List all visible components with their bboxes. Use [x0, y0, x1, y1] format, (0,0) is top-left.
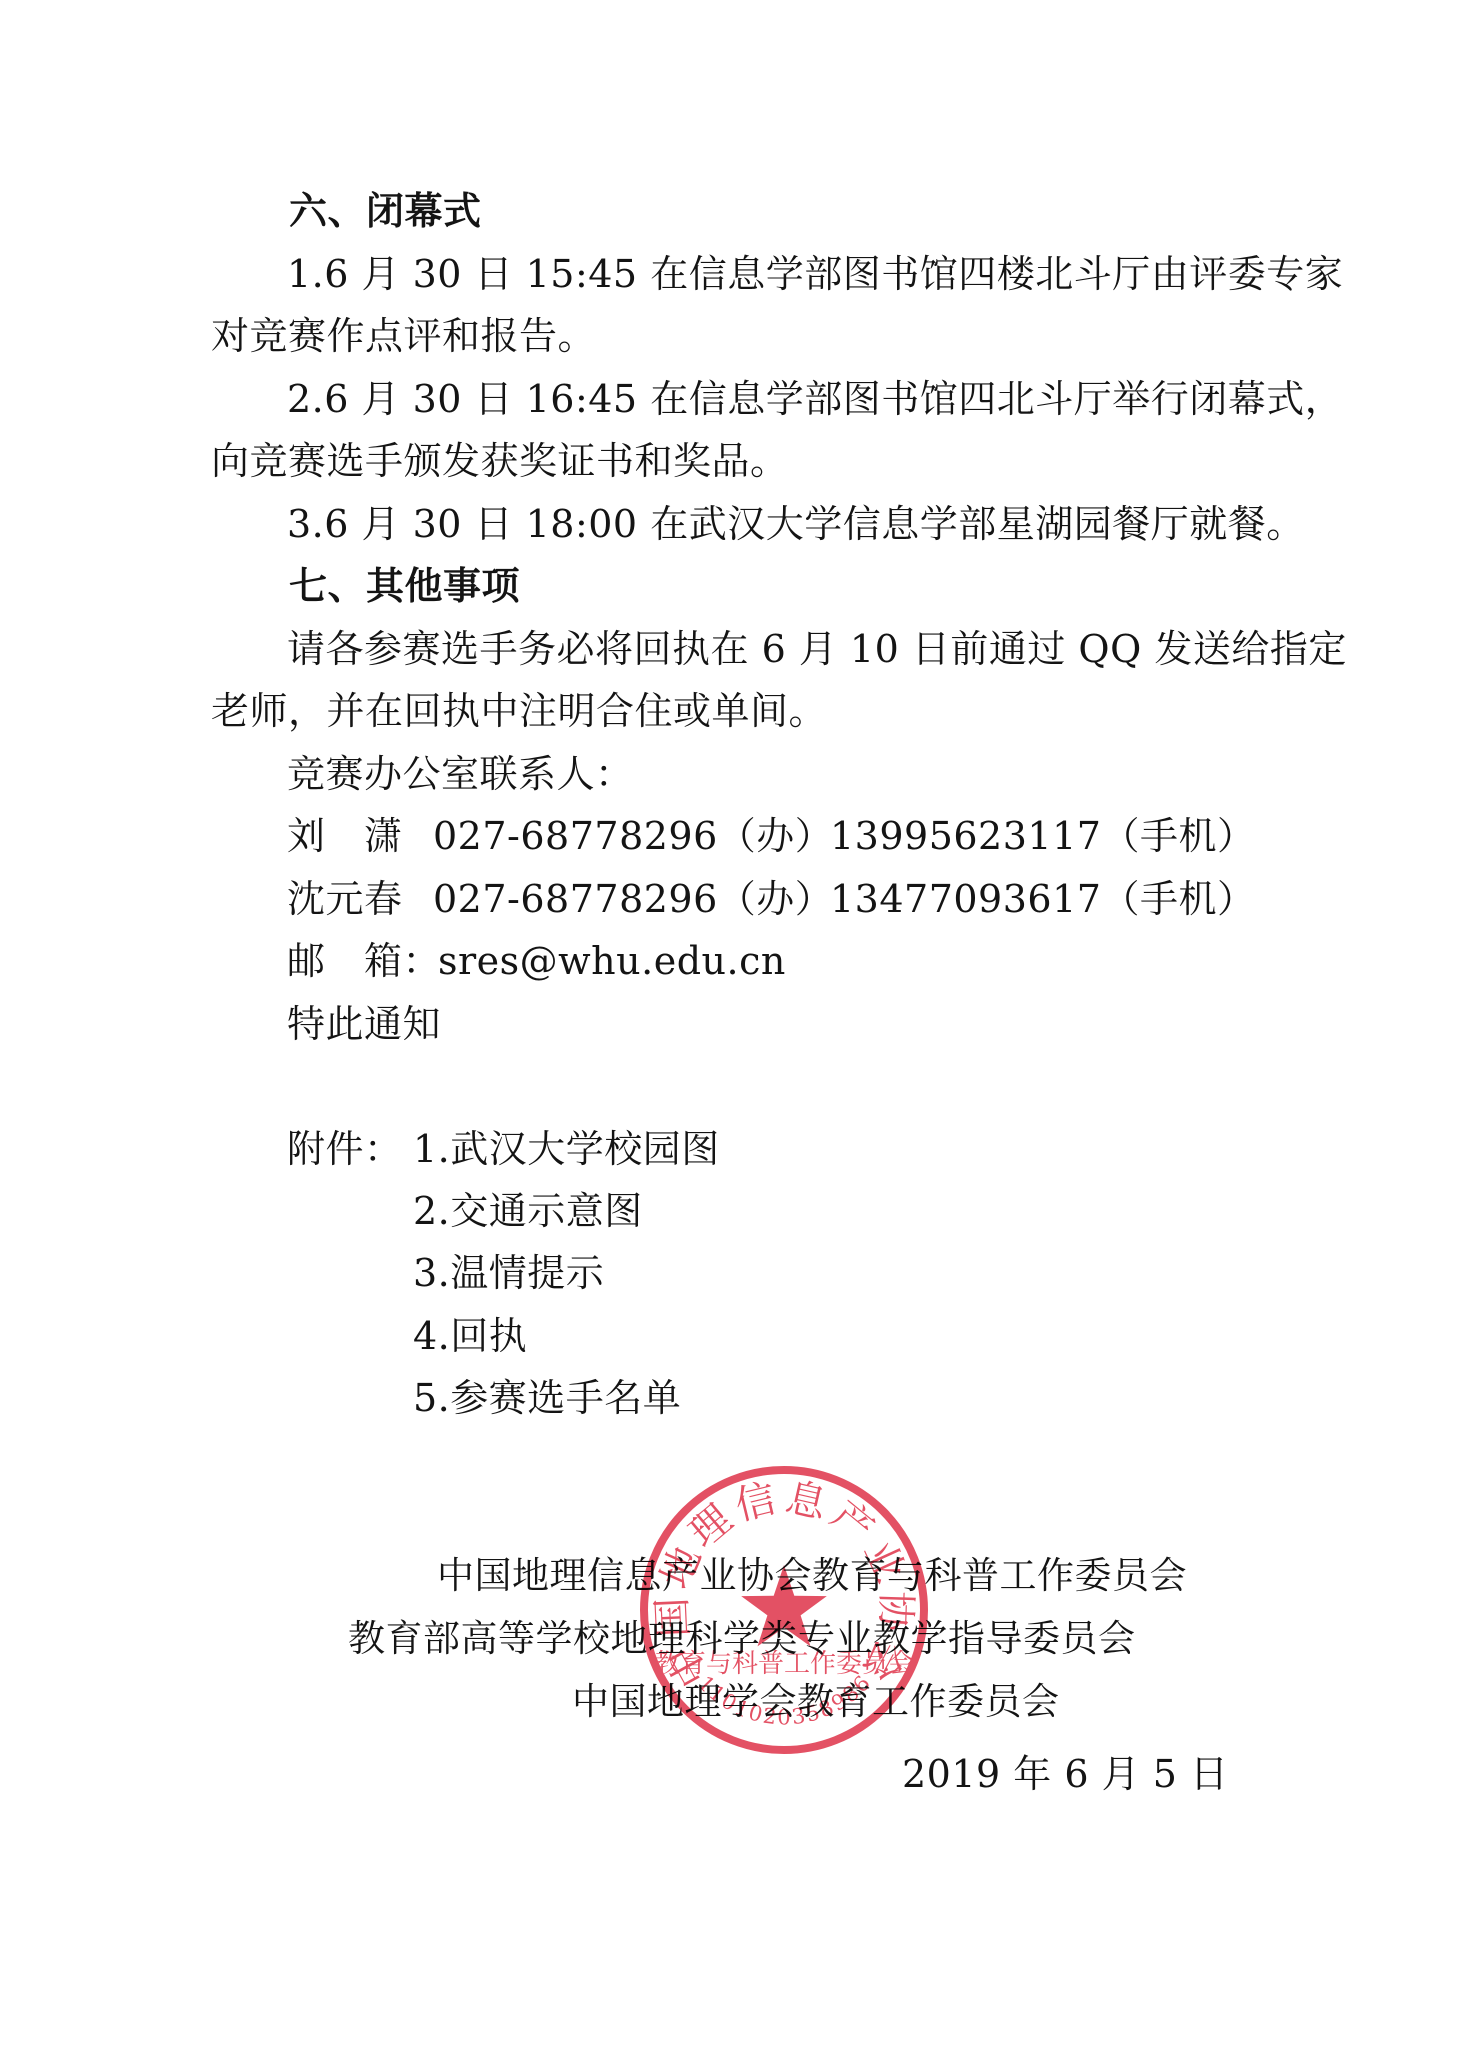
- section-seven-heading: 七、其他事项: [289, 564, 520, 608]
- email-value: sres@whu.edu.cn: [438, 939, 786, 983]
- official-seal-stamp: 中国地理信息产业协会 教育与科普工作委员会 1101020358986: [624, 1450, 944, 1770]
- contact-mobile-phone: 13995623117（手机）: [830, 814, 1255, 858]
- section-six-item3-line1: 3.6 月 30 日 18:00 在武汉大学信息学部星湖园餐厅就餐。: [287, 502, 1305, 546]
- attachment-item: 3.温情提示: [413, 1251, 604, 1295]
- seal-star-icon: [741, 1565, 827, 1646]
- section-six-item2-line2: 向竞赛选手颁发获奖证书和奖品。: [211, 439, 789, 483]
- attachment-item: 5.参赛选手名单: [413, 1376, 681, 1420]
- email-label: 邮 箱：: [287, 939, 441, 983]
- attachment-item: 1.武汉大学校园图: [413, 1127, 720, 1171]
- section-six-item1-line1: 1.6 月 30 日 15:45 在信息学部图书馆四楼北斗厅由评委专家: [287, 252, 1343, 296]
- signature-date: 2019 年 6 月 5 日: [902, 1752, 1228, 1796]
- section-six-item1-line2: 对竞赛作点评和报告。: [211, 314, 596, 358]
- attachments-label: 附件：: [287, 1127, 403, 1171]
- contact-label: 竞赛办公室联系人：: [287, 752, 634, 796]
- section-six-item2-line1: 2.6 月 30 日 16:45 在信息学部图书馆四北斗厅举行闭幕式，: [287, 377, 1343, 421]
- closing-note: 特此通知: [287, 1002, 441, 1046]
- contact-mobile-phone: 13477093617（手机）: [830, 877, 1255, 921]
- contact-office-phone: 027-68778296（办）: [433, 814, 833, 858]
- notice-line2: 老师，并在回执中注明合住或单间。: [211, 689, 827, 733]
- contact-name: 刘 潇: [287, 814, 403, 858]
- contact-office-phone: 027-68778296（办）: [433, 877, 833, 921]
- seal-inner-text: 教育与科普工作委员会: [654, 1649, 914, 1679]
- section-six-heading: 六、闭幕式: [289, 189, 482, 233]
- contact-name: 沈元春: [287, 877, 403, 921]
- attachment-item: 4.回执: [413, 1314, 527, 1358]
- notice-line1: 请各参赛选手务必将回执在 6 月 10 日前通过 QQ 发送给指定: [287, 627, 1347, 671]
- attachment-item: 2.交通示意图: [413, 1189, 643, 1233]
- document-page: 六、闭幕式 1.6 月 30 日 15:45 在信息学部图书馆四楼北斗厅由评委专…: [0, 0, 1463, 2071]
